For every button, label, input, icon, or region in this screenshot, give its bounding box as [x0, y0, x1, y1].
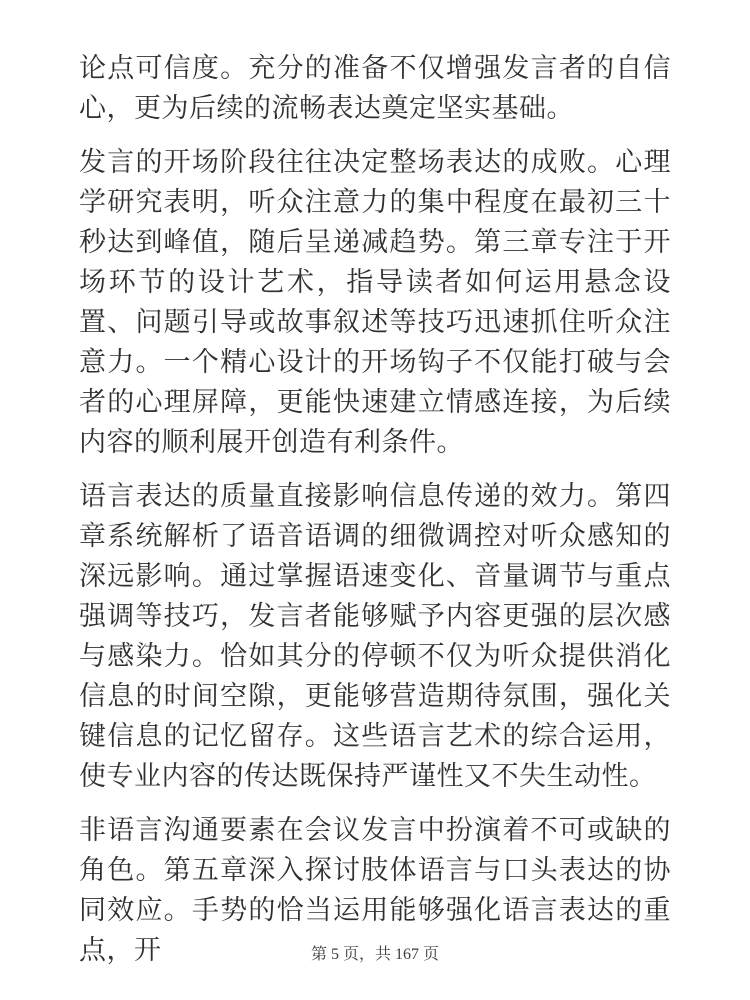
paragraph: 语言表达的质量直接影响信息传递的效力。第四章系统解析了语音语调的细微调控对听众感…	[79, 476, 671, 796]
paragraph: 论点可信度。充分的准备不仅增强发言者的自信心，更为后续的流畅表达奠定坚实基础。	[79, 48, 671, 128]
page-number-indicator: 第 5 页，共 167 页	[311, 946, 439, 963]
page-footer: 第 5 页，共 167 页	[0, 944, 750, 966]
paragraph: 发言的开场阶段往往决定整场表达的成败。心理学研究表明，听众注意力的集中程度在最初…	[79, 142, 671, 462]
document-content: 论点可信度。充分的准备不仅增强发言者的自信心，更为后续的流畅表达奠定坚实基础。 …	[79, 48, 671, 984]
document-page: 论点可信度。充分的准备不仅增强发言者的自信心，更为后续的流畅表达奠定坚实基础。 …	[0, 0, 750, 1000]
